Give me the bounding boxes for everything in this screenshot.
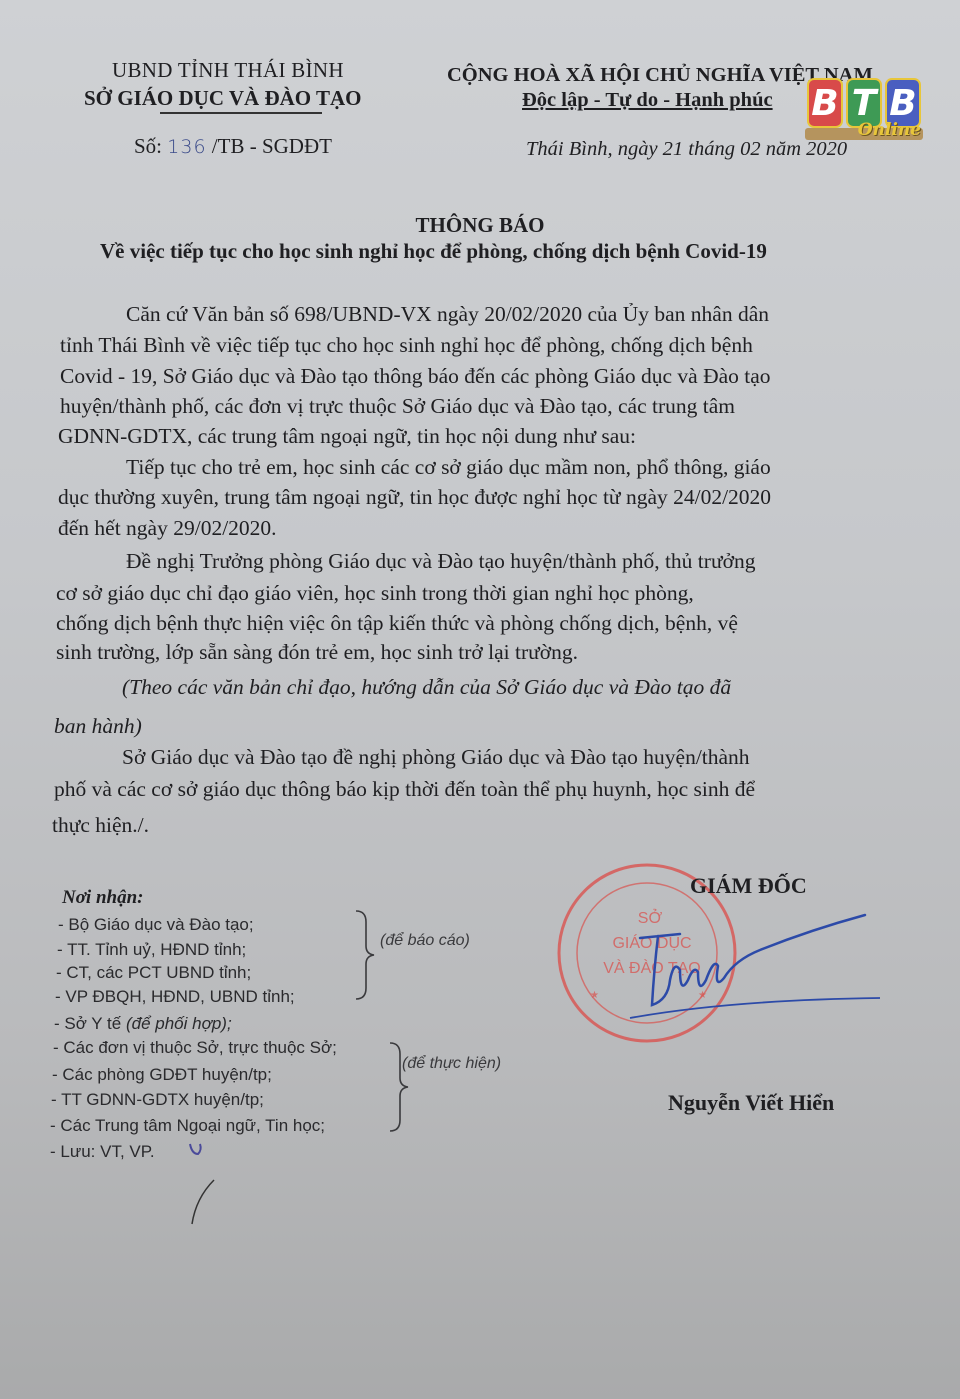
body-line: thực hiện./. [52, 813, 149, 838]
recipient-item: - TT GDNN-GDTX huyện/tp; [51, 1090, 264, 1110]
body-line: Căn cứ Văn bản số 698/UBND-VX ngày 20/02… [126, 302, 769, 327]
body-line: phố và các cơ sở giáo dục thông báo kịp … [54, 777, 755, 802]
body-line: dục thường xuyên, trung tâm ngoại ngữ, t… [58, 485, 771, 510]
recipient-item: - Các đơn vị thuộc Sở, trực thuộc Sở; [53, 1038, 337, 1058]
body-line-italic: ban hành) [54, 714, 142, 739]
department-name: SỞ GIÁO DỤC VÀ ĐÀO TẠO [84, 86, 362, 111]
doc-number-prefix: Số: [134, 134, 162, 158]
document-title: THÔNG BÁO [0, 213, 960, 238]
body-line-italic: (Theo các văn bản chỉ đạo, hướng dẫn của… [122, 675, 731, 700]
recipients-heading: Nơi nhận: [62, 887, 143, 909]
svg-text:★: ★ [590, 990, 599, 1001]
recipient-item: - Các Trung tâm Ngoại ngữ, Tin học; [50, 1116, 325, 1136]
header-underline [160, 112, 322, 114]
logo-letter-b1: B [807, 78, 843, 128]
doc-number-suffix: /TB - SGDĐT [212, 134, 332, 158]
recipient-item: - VP ĐBQH, HĐND, UBND tỉnh; [55, 987, 295, 1007]
recipient-health-note: (để phối hợp); [126, 1014, 232, 1033]
signature-icon [610, 910, 880, 1030]
recipient-item: - Sở Y tế (để phối hợp); [54, 1014, 232, 1034]
body-line: huyện/thành phố, các đơn vị trực thuộc S… [60, 394, 735, 419]
body-line: tỉnh Thái Bình về việc tiếp tục cho học … [60, 333, 753, 358]
recipient-health-dept: - Sở Y tế [54, 1014, 121, 1033]
body-line: Đề nghị Trưởng phòng Giáo dục và Đào tạo… [126, 549, 755, 574]
recipient-item: - TT. Tỉnh uỷ, HĐND tỉnh; [57, 940, 246, 960]
national-motto: Độc lập - Tự do - Hạnh phúc [522, 89, 773, 112]
signatory-name: Nguyễn Viết Hiển [668, 1090, 834, 1116]
document-number: Số: 136 /TB - SGDĐT [134, 134, 332, 159]
body-line: Tiếp tục cho trẻ em, học sinh các cơ sở … [126, 455, 771, 480]
document-page: UBND TỈNH THÁI BÌNH SỞ GIÁO DỤC VÀ ĐÀO T… [0, 0, 960, 1399]
signatory-title: GIÁM ĐỐC [690, 873, 807, 899]
doc-number-handwritten: 136 [167, 136, 206, 158]
brace-report-icon [352, 908, 382, 1003]
body-line: đến hết ngày 29/02/2020. [58, 516, 277, 541]
issuing-authority: UBND TỈNH THÁI BÌNH [112, 58, 344, 83]
btb-online-logo: B T B Online [805, 78, 923, 146]
recipient-item: - Lưu: VT, VP. [50, 1142, 155, 1162]
recipient-item: - CT, các PCT UBND tỉnh; [56, 963, 251, 983]
body-line: Sở Giáo dục và Đào tạo đề nghị phòng Giá… [122, 745, 750, 770]
body-line: GDNN-GDTX, các trung tâm ngoại ngữ, tin … [58, 424, 636, 449]
execute-note: (để thực hiện) [402, 1055, 501, 1073]
recipient-item: - Các phòng GDĐT huyện/tp; [52, 1065, 272, 1085]
logo-tagline: Online [858, 120, 921, 140]
body-line: sinh trường, lớp sẵn sàng đón trẻ em, họ… [56, 640, 578, 665]
report-note: (để báo cáo) [380, 932, 470, 950]
handwritten-initial-icon [180, 1140, 220, 1230]
place-and-date: Thái Bình, ngày 21 tháng 02 năm 2020 [526, 138, 847, 161]
body-line: chống dịch bệnh thực hiện việc ôn tập ki… [56, 611, 738, 636]
body-line: cơ sở giáo dục chỉ đạo giáo viên, học si… [56, 581, 694, 606]
recipient-item: - Bộ Giáo dục và Đào tạo; [58, 915, 254, 935]
body-line: Covid - 19, Sở Giáo dục và Đào tạo thông… [60, 364, 771, 389]
document-subtitle: Về việc tiếp tục cho học sinh nghỉ học đ… [100, 239, 767, 264]
